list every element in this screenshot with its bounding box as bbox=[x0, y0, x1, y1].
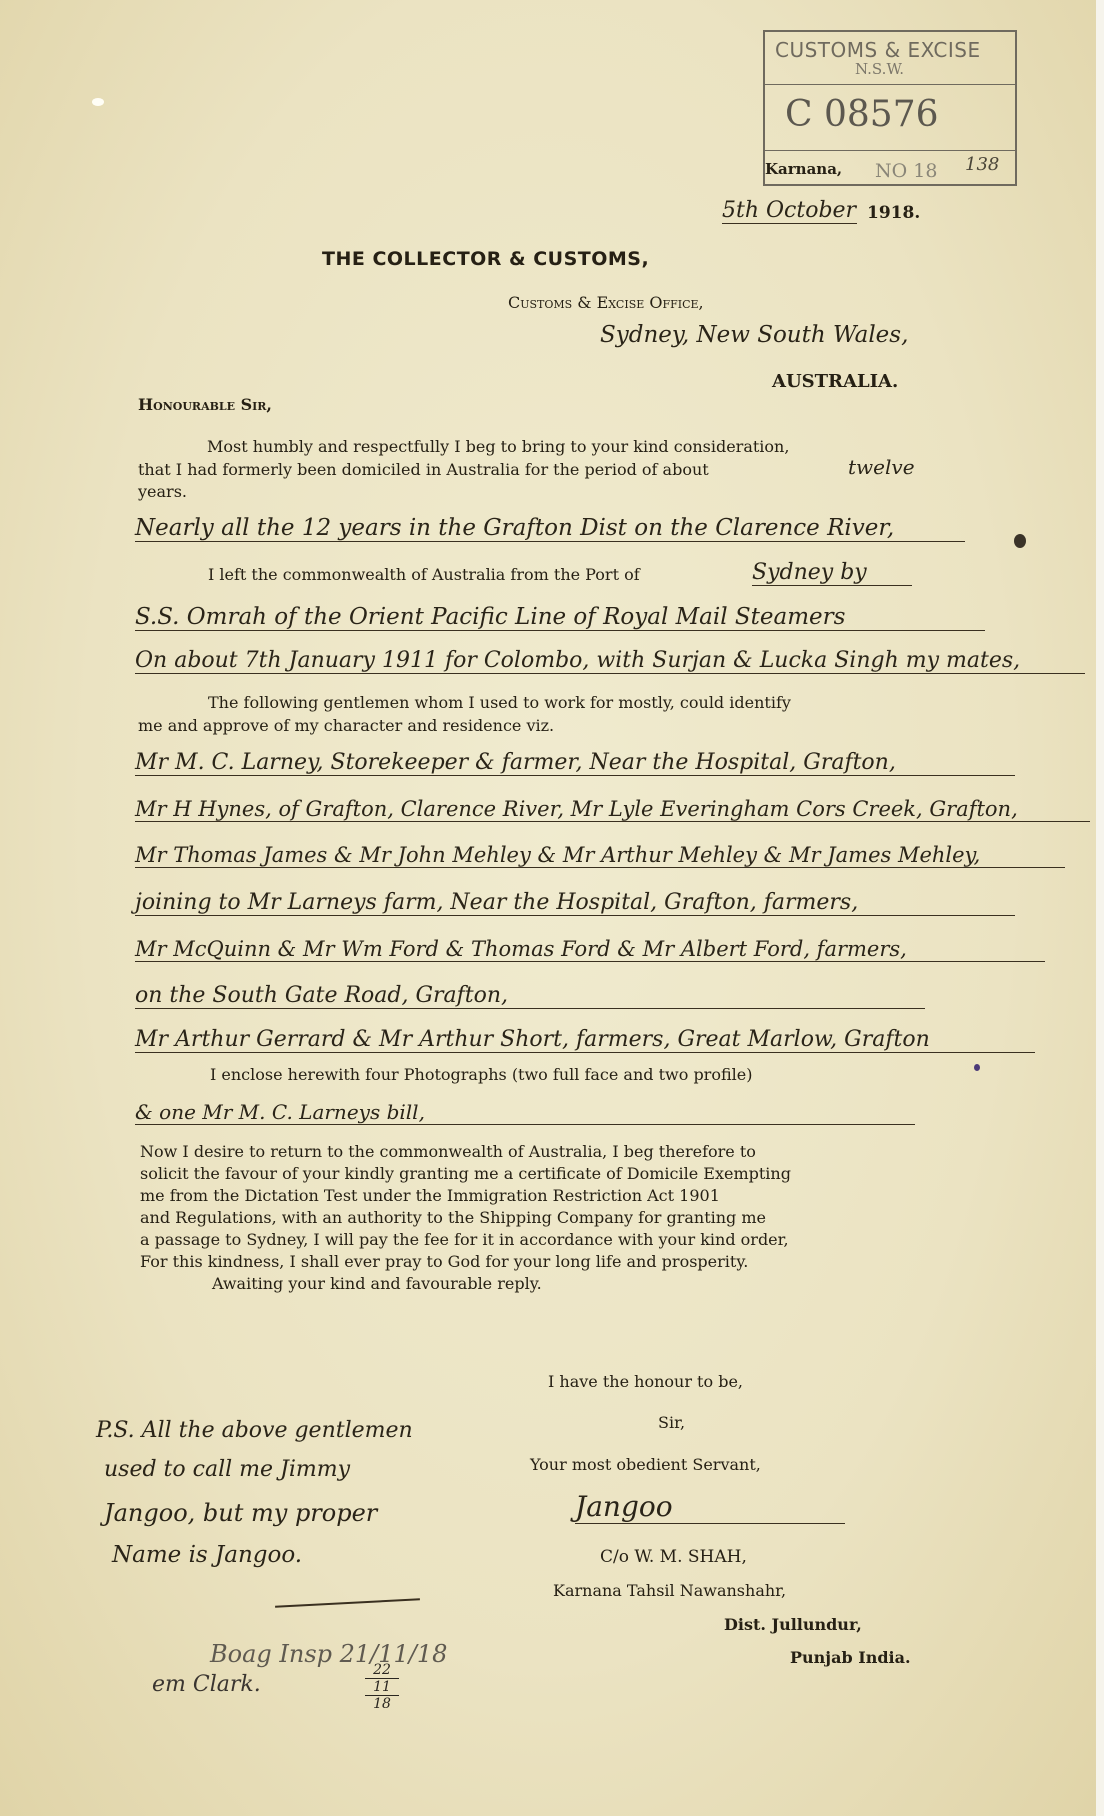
care-of: C/o W. M. SHAH, bbox=[600, 1547, 747, 1567]
referee-line: joining to Mr Larneys farm, Near the Hos… bbox=[135, 890, 1015, 916]
para4: I enclose herewith four Photographs (two… bbox=[210, 1065, 752, 1084]
para3-line1: The following gentlemen whom I used to w… bbox=[208, 693, 791, 712]
document-page: CUSTOMS & EXCISE N.S.W. C 08576 NO 18 13… bbox=[0, 0, 1096, 1816]
salutation: Honourable Sir, bbox=[138, 395, 272, 414]
para5-closing: Awaiting your kind and favourable reply. bbox=[212, 1274, 542, 1293]
stamp-date: NO 18 bbox=[875, 160, 937, 182]
stamp-ref: 138 bbox=[965, 154, 999, 175]
referee-line: Mr McQuinn & Mr Wm Ford & Thomas Ford & … bbox=[135, 937, 1045, 962]
departure-handwritten: On about 7th January 1911 for Colombo, w… bbox=[135, 648, 1085, 674]
para1-line3: years. bbox=[138, 482, 187, 501]
date-fraction-top: 22 bbox=[365, 1662, 399, 1679]
city-handwritten: Sydney, New South Wales, bbox=[600, 322, 908, 348]
referee-line: Mr H Hynes, of Grafton, Clarence River, … bbox=[135, 797, 1090, 822]
para5-line: Now I desire to return to the commonweal… bbox=[140, 1142, 756, 1161]
stamp-number: C 08576 bbox=[785, 94, 939, 135]
enclosure-handwritten: & one Mr M. C. Larneys bill, bbox=[135, 1100, 915, 1125]
signature: Jangoo bbox=[575, 1490, 845, 1524]
referee-line: Mr Thomas James & Mr John Mehley & Mr Ar… bbox=[135, 843, 1065, 868]
para1-line1: Most humbly and respectfully I beg to br… bbox=[207, 437, 789, 456]
addressee: THE COLLECTOR & CUSTOMS, bbox=[322, 248, 649, 270]
date-fraction: 22 11 18 bbox=[365, 1662, 399, 1712]
address-line-3: Punjab India. bbox=[790, 1648, 911, 1667]
years-handwritten: twelve bbox=[848, 455, 915, 479]
para1-line2: that I had formerly been domiciled in Au… bbox=[138, 460, 709, 479]
date-fraction-bottom: 18 bbox=[365, 1696, 399, 1712]
date-year: 1918. bbox=[867, 203, 920, 223]
para2-line1: I left the commonwealth of Australia fro… bbox=[208, 565, 640, 584]
date-fraction-mid: 11 bbox=[365, 1679, 399, 1696]
residence-handwritten: Nearly all the 12 years in the Grafton D… bbox=[135, 515, 965, 542]
stamp-line-2: N.S.W. bbox=[855, 60, 904, 78]
para5-line: me from the Dictation Test under the Imm… bbox=[140, 1186, 720, 1205]
referee-line: Mr M. C. Larney, Storekeeper & farmer, N… bbox=[135, 750, 1015, 776]
para5-line: solicit the favour of your kindly granti… bbox=[140, 1164, 791, 1183]
page-edge bbox=[1096, 0, 1104, 1816]
port-handwritten: Sydney by bbox=[752, 560, 912, 586]
closing-line-2: Sir, bbox=[658, 1413, 685, 1432]
referee-line: on the South Gate Road, Grafton, bbox=[135, 983, 925, 1009]
office-name: Customs & Excise Office, bbox=[508, 293, 704, 312]
stamp-line-1: CUSTOMS & EXCISE bbox=[775, 38, 981, 62]
ps-line: Jangoo, but my proper bbox=[104, 1499, 377, 1527]
para5-line: For this kindness, I shall ever pray to … bbox=[140, 1252, 748, 1271]
ps-line: used to call me Jimmy bbox=[104, 1457, 350, 1482]
place-name: Karnana, bbox=[765, 160, 842, 178]
referee-line: Mr Arthur Gerrard & Mr Arthur Short, far… bbox=[135, 1027, 1035, 1053]
ps-flourish-underline bbox=[275, 1598, 420, 1608]
para3-line2: me and approve of my character and resid… bbox=[138, 716, 554, 735]
paper-stain bbox=[92, 98, 104, 106]
date-handwritten: 5th October bbox=[722, 198, 857, 224]
para5-line: a passage to Sydney, I will pay the fee … bbox=[140, 1230, 789, 1249]
ink-dot bbox=[1014, 534, 1026, 548]
para5-line: and Regulations, with an authority to th… bbox=[140, 1208, 766, 1227]
ink-dot bbox=[974, 1064, 980, 1071]
address-line-1: Karnana Tahsil Nawanshahr, bbox=[553, 1581, 786, 1600]
ps-line: Name is Jangoo. bbox=[112, 1542, 302, 1568]
ps-line: P.S. All the above gentlemen bbox=[96, 1418, 413, 1443]
official-note: em Clark. bbox=[152, 1672, 261, 1697]
country: AUSTRALIA. bbox=[772, 371, 898, 392]
ship-handwritten: S.S. Omrah of the Orient Pacific Line of… bbox=[135, 604, 985, 631]
closing-line-3: Your most obedient Servant, bbox=[530, 1455, 761, 1474]
address-line-2: Dist. Jullundur, bbox=[724, 1615, 862, 1634]
official-initials: Boag Insp 21/11/18 bbox=[210, 1640, 447, 1668]
closing-line-1: I have the honour to be, bbox=[548, 1372, 743, 1391]
